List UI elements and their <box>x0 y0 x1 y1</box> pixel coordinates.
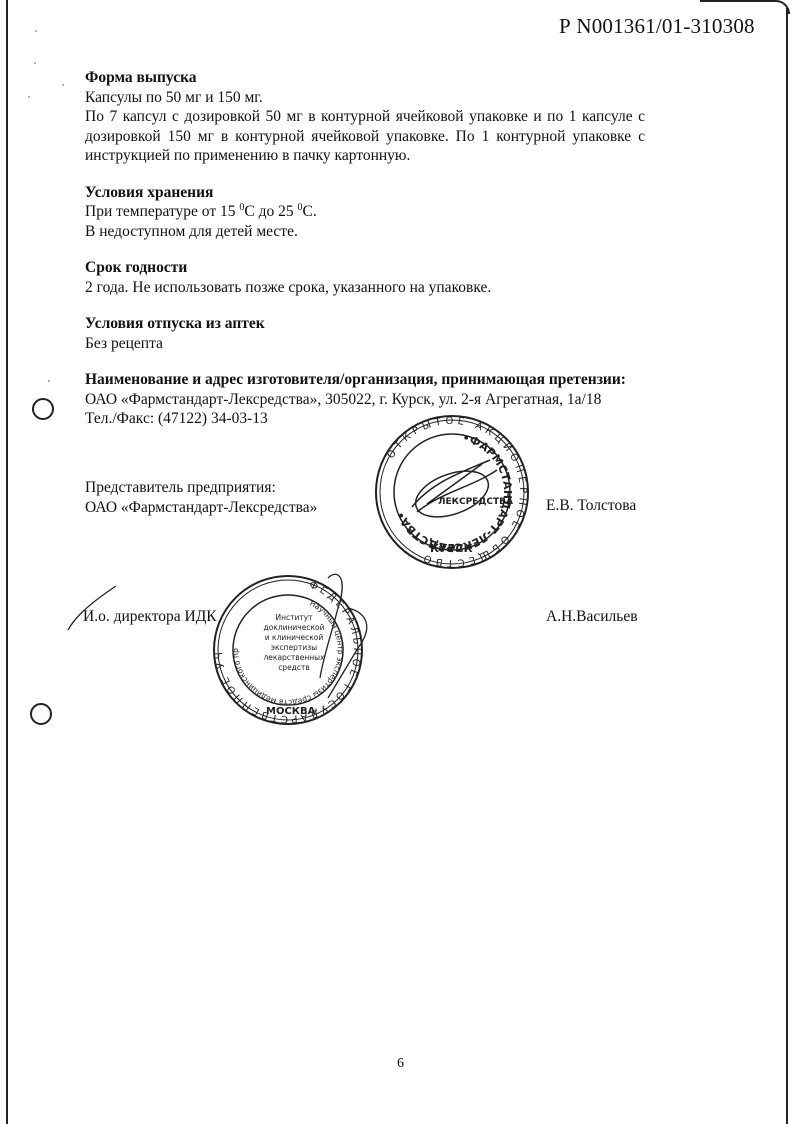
section-text: В недоступном для детей месте. <box>85 222 645 242</box>
scan-top-corner <box>700 0 790 14</box>
svg-text:и клинической: и клинической <box>265 633 324 642</box>
representative-name: Е.В. Толстова <box>546 497 636 515</box>
svg-text:лекарственных: лекарственных <box>264 653 326 662</box>
manufacturer-address: ОАО «Фармстандарт-Лексредства», 305022, … <box>85 390 685 410</box>
temp-text: С до 25 <box>244 203 297 220</box>
svg-text:экспертизы: экспертизы <box>271 643 317 652</box>
section-heading: Наименование и адрес изготовителя/органи… <box>85 370 685 390</box>
section-heading: Условия отпуска из аптек <box>85 314 645 334</box>
representative-label: Представитель предприятия: <box>85 478 317 498</box>
section-text: Без рецепта <box>85 334 645 354</box>
section-text: Капсулы по 50 мг и 150 мг. <box>85 88 645 108</box>
scan-left-border <box>6 0 8 1124</box>
svg-text:Институт: Институт <box>275 613 313 622</box>
punch-hole-icon <box>30 703 52 725</box>
section-heading: Срок годности <box>85 258 645 278</box>
scan-speck <box>34 62 36 64</box>
company-stamp: ОТКРЫТОЕ АКЦИОНЕРНОЕ ОБЩЕСТВО •ФАРМСТАНД… <box>372 412 532 572</box>
section-heading: Форма выпуска <box>85 68 645 88</box>
scan-right-border <box>786 8 788 1124</box>
temp-text: С. <box>302 203 316 220</box>
representative-org: ОАО «Фармстандарт-Лексредства» <box>85 498 317 518</box>
svg-text:средств: средств <box>278 663 310 672</box>
section-release-form: Форма выпуска Капсулы по 50 мг и 150 мг.… <box>85 68 645 166</box>
punch-hole-icon <box>32 398 54 420</box>
section-storage: Условия хранения При температуре от 15 0… <box>85 183 645 242</box>
section-dispensing: Условия отпуска из аптек Без рецепта <box>85 314 645 353</box>
svg-text:КУРСК: КУРСК <box>430 542 473 555</box>
scan-speck <box>35 30 37 32</box>
svg-text:ЛЕКСРЕДСТВА: ЛЕКСРЕДСТВА <box>438 497 513 507</box>
section-shelf-life: Срок годности 2 года. Не использовать по… <box>85 258 645 297</box>
scan-speck <box>62 84 64 86</box>
representative-block: Представитель предприятия: ОАО «Фармстан… <box>85 478 317 517</box>
document-body: Форма выпуска Капсулы по 50 мг и 150 мг.… <box>85 68 645 446</box>
director-label: И.о. директора ИДК <box>83 608 217 626</box>
scan-speck <box>28 96 30 98</box>
scan-speck <box>48 380 50 382</box>
page-number: 6 <box>397 1056 404 1072</box>
director-name: А.Н.Васильев <box>546 608 638 626</box>
temperature-text: При температуре от 15 0С до 25 0С. <box>85 202 645 222</box>
section-text: 2 года. Не использовать позже срока, ука… <box>85 278 645 298</box>
svg-text:МОСКВА: МОСКВА <box>266 706 316 717</box>
svg-text:доклинической: доклинической <box>264 623 325 632</box>
registration-number: Р N001361/01-310308 <box>559 14 755 39</box>
section-text: По 7 капсул с дозировкой 50 мг в контурн… <box>85 107 645 166</box>
institute-stamp: ФЕДЕРАЛЬНОЕ ГОСУДАРСТВЕННОЕ УЧРЕЖДЕНИЕ Н… <box>208 568 388 728</box>
temp-text: При температуре от 15 <box>85 203 239 220</box>
section-heading: Условия хранения <box>85 183 645 203</box>
